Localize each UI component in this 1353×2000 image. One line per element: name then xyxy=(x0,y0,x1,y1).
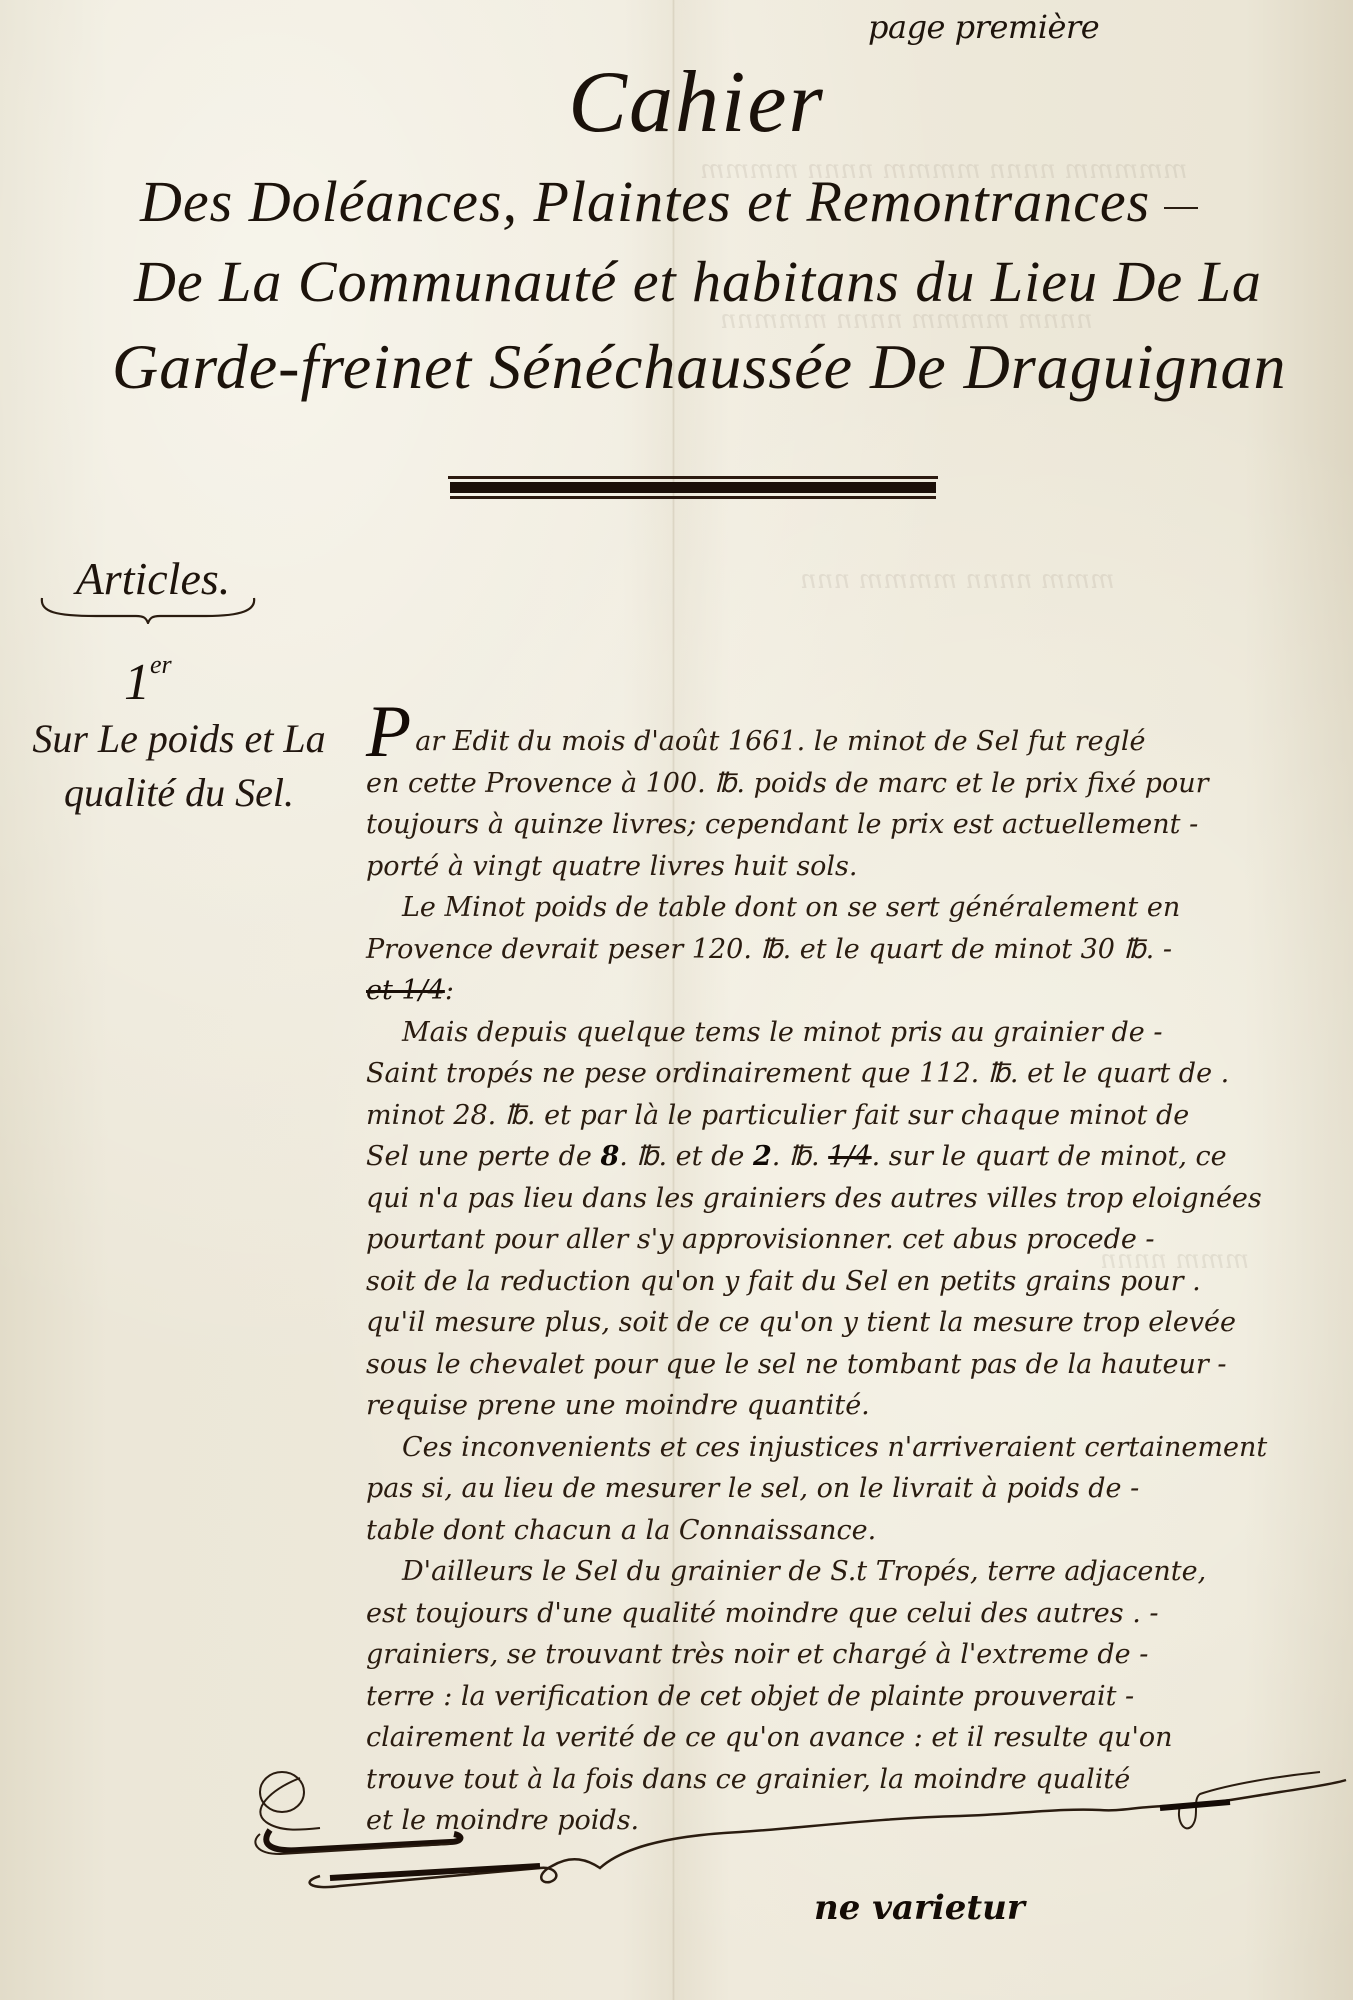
divider-thin-bottom xyxy=(450,496,936,499)
body-line: clairement la verité de ce qu'on avance … xyxy=(366,1717,1306,1759)
line-text: ar Edit du mois d'août 1661. le minot de… xyxy=(415,726,1145,757)
document-title: Cahier xyxy=(0,52,1353,153)
struck-text: et 1/4 xyxy=(366,975,445,1006)
body-line: est toujours d'une qualité moindre que c… xyxy=(366,1593,1306,1635)
body-line: D'ailleurs le Sel du grainier de S.t Tro… xyxy=(366,1551,1306,1593)
line-text: Sel une perte de xyxy=(366,1141,600,1172)
bleed-through-text: mmm nnnn mmmm nnn xyxy=(800,560,1115,600)
closing-flourish-icon xyxy=(240,1770,1350,1900)
corrected-number: 2 xyxy=(753,1141,772,1172)
body-line: grainiers, se trouvant très noir et char… xyxy=(366,1634,1306,1676)
article-subject-line: qualité du Sel. xyxy=(14,766,344,820)
subtitle-text: Des Doléances, Plaintes et Remontrances xyxy=(140,169,1150,234)
line-text: . ℔. xyxy=(772,1141,828,1172)
ne-varietur-annotation: ne varietur xyxy=(814,1888,1025,1928)
struck-text: 1/4 xyxy=(828,1141,871,1172)
article-number-value: 1 xyxy=(124,654,150,711)
body-line: Mais depuis quelque tems le minot pris a… xyxy=(366,1012,1306,1054)
body-line: Le Minot poids de table dont on se sert … xyxy=(366,887,1306,929)
body-line: soit de la reduction qu'on y fait du Sel… xyxy=(366,1261,1306,1303)
body-line: qu'il mesure plus, soit de ce qu'on y ti… xyxy=(366,1302,1306,1344)
subtitle-line-2: De La Communauté et habitans du Lieu De … xyxy=(134,248,1324,315)
body-line: table dont chacun a la Connaissance. xyxy=(366,1510,1306,1552)
body-line: sous le chevalet pour que le sel ne tomb… xyxy=(366,1344,1306,1386)
body-line: toujours à quinze livres; cependant le p… xyxy=(366,804,1306,846)
divider-thin-top xyxy=(448,476,938,479)
article-subject-line: Sur Le poids et La xyxy=(14,712,344,766)
article-body: Par Edit du mois d'août 1661. le minot d… xyxy=(366,712,1306,1842)
corrected-number: 8 xyxy=(600,1141,619,1172)
body-line-loss: Sel une perte de 8. ℔. et de 2. ℔. 1/4. … xyxy=(366,1136,1306,1178)
article-number: 1er xyxy=(124,650,172,712)
page-label: page première xyxy=(868,8,1099,46)
body-line: pourtant pour aller s'y approvisionner. … xyxy=(366,1219,1306,1261)
body-line: en cette Provence à 100. ℔. poids de mar… xyxy=(366,763,1306,805)
body-line: qui n'a pas lieu dans les grainiers des … xyxy=(366,1178,1306,1220)
body-line: porté à vingt quatre livres huit sols. xyxy=(366,846,1306,888)
body-line: et 1/4: xyxy=(0,970,1306,1012)
line-text: . sur le quart de minot, ce xyxy=(872,1141,1227,1172)
body-line: minot 28. ℔. et par là le particulier fa… xyxy=(366,1095,1306,1137)
body-line: Par Edit du mois d'août 1661. le minot d… xyxy=(366,712,1306,763)
title-divider-rule xyxy=(448,476,938,500)
drop-cap: P xyxy=(366,691,411,773)
subtitle-line-3: Garde-freinet Sénéchaussée De Draguignan xyxy=(112,330,1302,404)
divider-thick xyxy=(450,482,936,493)
article-subject: Sur Le poids et La qualité du Sel. xyxy=(14,712,344,820)
article-number-suffix: er xyxy=(150,650,172,679)
body-line: Saint tropés ne pese ordinairement que 1… xyxy=(366,1053,1306,1095)
body-line: pas si, au lieu de mesurer le sel, on le… xyxy=(366,1468,1306,1510)
body-line: Ces inconvenients et ces injustices n'ar… xyxy=(366,1427,1306,1469)
body-line: requise prene une moindre quantité. xyxy=(366,1385,1306,1427)
line-dash xyxy=(1164,207,1198,209)
line-text: . ℔. et de xyxy=(619,1141,753,1172)
subtitle-line-1: Des Doléances, Plaintes et Remontrances xyxy=(140,168,1330,235)
body-line: Provence devrait peser 120. ℔. et le qua… xyxy=(366,929,1306,971)
line-text: : xyxy=(445,975,454,1006)
curly-brace-icon xyxy=(36,596,260,624)
body-line: terre : la verification de cet objet de … xyxy=(366,1676,1306,1718)
